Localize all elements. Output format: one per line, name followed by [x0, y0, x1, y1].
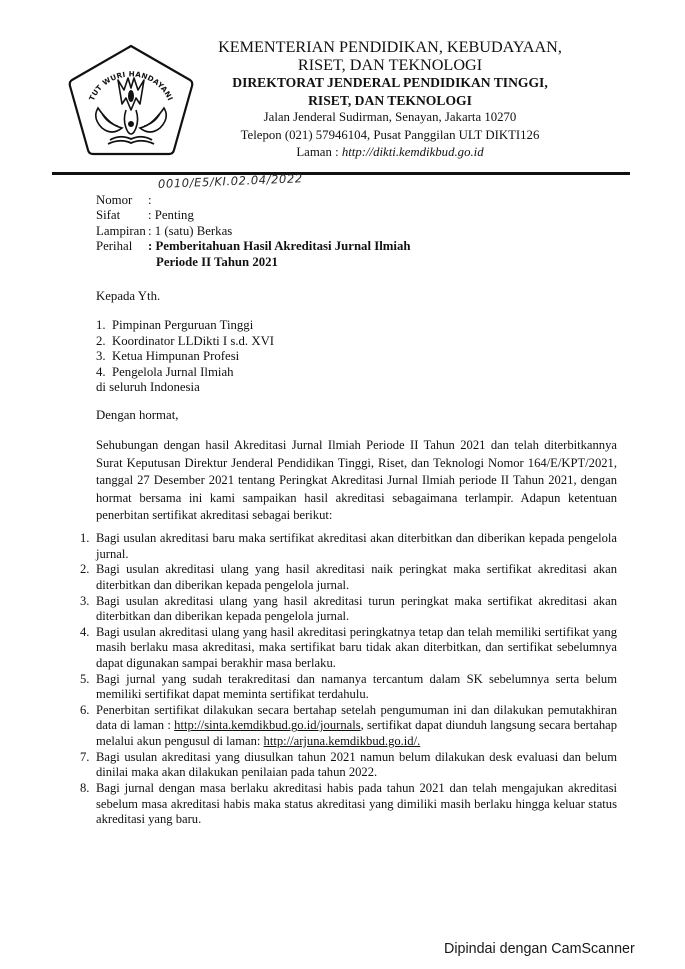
recipient-num: 3. — [96, 349, 112, 364]
meta-nomor-label: Nomor — [96, 193, 148, 208]
meta-sifat: Sifat : Penting — [96, 208, 410, 223]
meta-perihal-label: Perihal — [96, 239, 148, 254]
provision-item: 8.Bagi jurnal dengan masa berlaku akredi… — [80, 781, 617, 828]
recipients-salutation: Kepada Yth. — [96, 289, 274, 304]
recipient-item: 3.Ketua Himpunan Profesi — [96, 349, 274, 364]
provision-num: 5. — [80, 672, 96, 703]
meta-lampiran-label: Lampiran — [96, 224, 148, 239]
ministry-name-line1: KEMENTERIAN PENDIDIKAN, KEBUDAYAAN, — [210, 38, 570, 56]
meta-nomor: Nomor : — [96, 193, 410, 208]
meta-perihal: Perihal : Pemberitahuan Hasil Akreditasi… — [96, 239, 410, 254]
recipient-text: Pengelola Jurnal Ilmiah — [112, 365, 234, 380]
arjuna-link[interactable]: http://arjuna.kemdikbud.go.id/. — [264, 734, 421, 748]
provision-item: 1.Bagi usulan akreditasi baru maka serti… — [80, 531, 617, 562]
meta-lampiran: Lampiran : 1 (satu) Berkas — [96, 224, 410, 239]
meta-lampiran-value: : 1 (satu) Berkas — [148, 224, 232, 239]
phone: Telepon (021) 57946104, Pusat Panggilan … — [210, 127, 570, 145]
provision-text: Bagi jurnal yang sudah terakreditasi dan… — [96, 672, 617, 703]
website-label: Laman : — [296, 145, 341, 159]
recipient-list: 1.Pimpinan Perguruan Tinggi 2.Koordinato… — [96, 318, 274, 380]
provision-text: Penerbitan sertifikat dilakukan secara b… — [96, 703, 617, 750]
provision-item: 3.Bagi usulan akreditasi ulang yang hasi… — [80, 594, 617, 625]
directorate-name-line2: RISET, DAN TEKNOLOGI — [210, 92, 570, 110]
recipient-num: 2. — [96, 334, 112, 349]
website-url[interactable]: http://dikti.kemdikbud.go.id — [342, 145, 484, 159]
recipient-text: Koordinator LLDikti I s.d. XVI — [112, 334, 274, 349]
provision-item: 7.Bagi usulan akreditasi yang diusulkan … — [80, 750, 617, 781]
provision-text: Bagi usulan akreditasi ulang yang hasil … — [96, 562, 617, 593]
provision-text: Bagi usulan akreditasi ulang yang hasil … — [96, 594, 617, 625]
provision-num: 6. — [80, 703, 96, 750]
provision-text: Bagi jurnal dengan masa berlaku akredita… — [96, 781, 617, 828]
provision-text: Bagi usulan akreditasi baru maka sertifi… — [96, 531, 617, 562]
recipient-num: 4. — [96, 365, 112, 380]
letter-metadata: Nomor : Sifat : Penting Lampiran : 1 (sa… — [96, 193, 410, 270]
camscanner-watermark: Dipindai dengan CamScanner — [444, 941, 635, 957]
recipient-item: 1.Pimpinan Perguruan Tinggi — [96, 318, 274, 333]
provision-item: 6.Penerbitan sertifikat dilakukan secara… — [80, 703, 617, 750]
recipients-location: di seluruh Indonesia — [96, 380, 274, 395]
greeting: Dengan hormat, — [96, 408, 178, 423]
provision-num: 3. — [80, 594, 96, 625]
recipient-item: 2.Koordinator LLDikti I s.d. XVI — [96, 334, 274, 349]
meta-nomor-value: : — [148, 193, 152, 208]
provision-num: 8. — [80, 781, 96, 828]
meta-perihal-value-cont: Periode II Tahun 2021 — [96, 255, 410, 270]
recipient-num: 1. — [96, 318, 112, 333]
provision-num: 2. — [80, 562, 96, 593]
meta-perihal-value: : Pemberitahuan Hasil Akreditasi Jurnal … — [148, 239, 410, 254]
tut-wuri-handayani-emblem-icon: TUT WURI HANDAYANI — [62, 40, 200, 166]
recipient-text: Pimpinan Perguruan Tinggi — [112, 318, 253, 333]
provision-text: Bagi usulan akreditasi yang diusulkan ta… — [96, 750, 617, 781]
sinta-journals-link[interactable]: http://sinta.kemdikbud.go.id/journals — [174, 718, 360, 732]
recipients: Kepada Yth. 1.Pimpinan Perguruan Tinggi … — [96, 289, 274, 395]
provision-num: 4. — [80, 625, 96, 672]
ministry-name-line2: RISET, DAN TEKNOLOGI — [210, 56, 570, 74]
provision-item: 4.Bagi usulan akreditasi ulang yang hasi… — [80, 625, 617, 672]
directorate-name-line1: DIREKTORAT JENDERAL PENDIDIKAN TINGGI, — [210, 74, 570, 92]
recipient-text: Ketua Himpunan Profesi — [112, 349, 239, 364]
body-paragraph: Sehubungan dengan hasil Akreditasi Jurna… — [96, 437, 617, 525]
provisions-list: 1.Bagi usulan akreditasi baru maka serti… — [80, 531, 617, 828]
provision-num: 7. — [80, 750, 96, 781]
address: Jalan Jenderal Sudirman, Senayan, Jakart… — [210, 109, 570, 127]
meta-sifat-value: : Penting — [148, 208, 194, 223]
provision-text: Bagi usulan akreditasi ulang yang hasil … — [96, 625, 617, 672]
provision-item: 2.Bagi usulan akreditasi ulang yang hasi… — [80, 562, 617, 593]
recipient-item: 4.Pengelola Jurnal Ilmiah — [96, 365, 274, 380]
provision-num: 1. — [80, 531, 96, 562]
meta-sifat-label: Sifat — [96, 208, 148, 223]
letterhead-divider — [52, 172, 630, 175]
provision-item: 5.Bagi jurnal yang sudah terakreditasi d… — [80, 672, 617, 703]
letterhead: KEMENTERIAN PENDIDIKAN, KEBUDAYAAN, RISE… — [210, 38, 570, 162]
website: Laman : http://dikti.kemdikbud.go.id — [210, 144, 570, 162]
